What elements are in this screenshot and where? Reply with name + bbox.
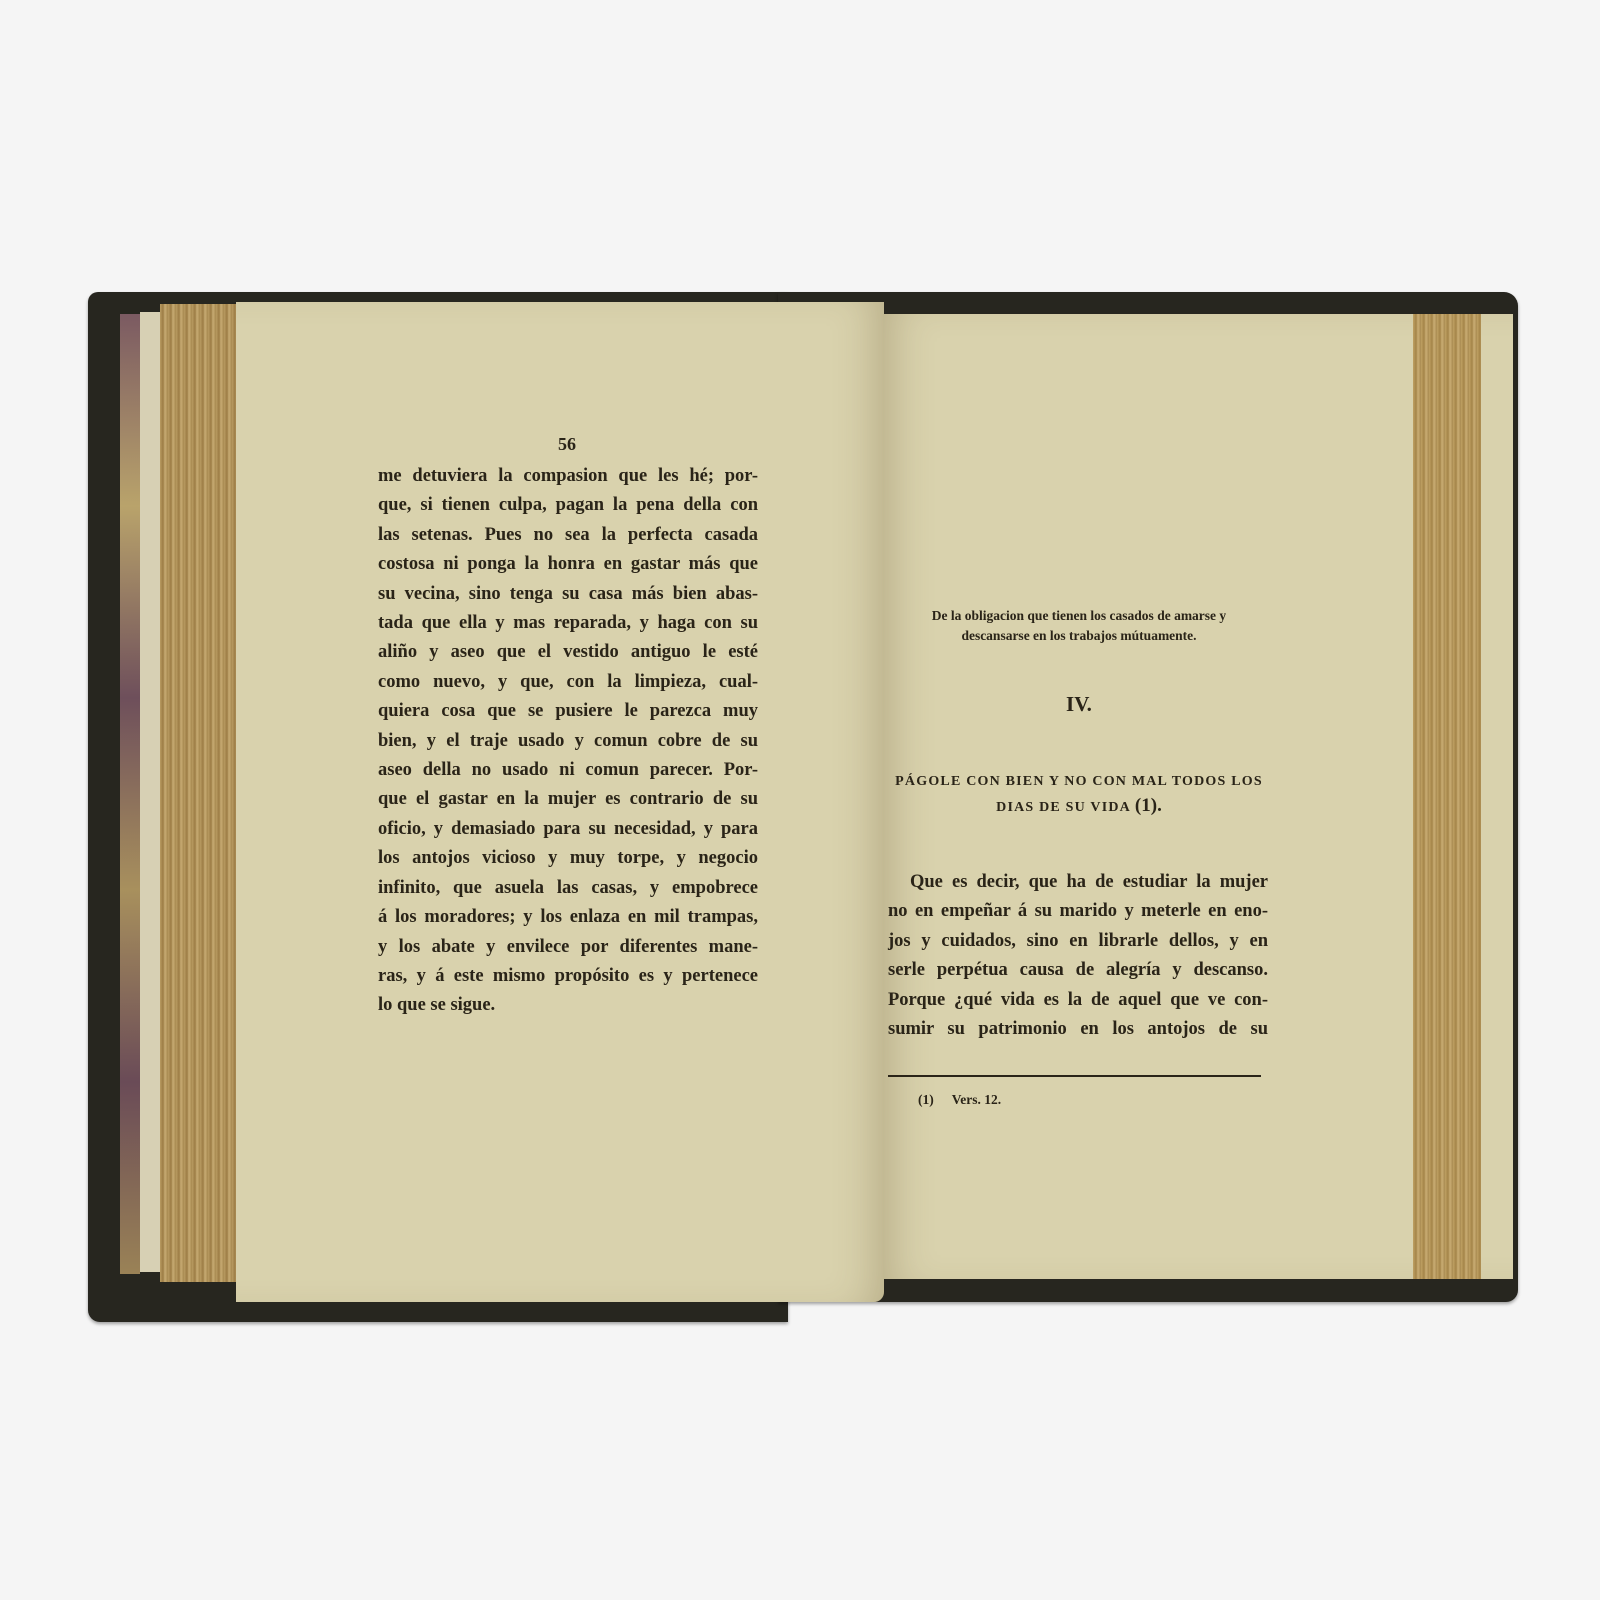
right-page-body: Que es decir, que ha de estudiar la muje… — [888, 868, 1268, 1044]
text-line: sumir su patrimonio en los antojos de su — [888, 1015, 1268, 1044]
text-line: aseo della no usado ni comun parecer. Po… — [378, 756, 758, 785]
text-line: á los moradores; y los enlaza en mil tra… — [378, 903, 758, 932]
open-book: 56 me detuviera la compasion que les hé;… — [88, 292, 1518, 1322]
section-heading: De la obligacion que tienen los casados … — [888, 606, 1270, 646]
section-heading-line: De la obligacion que tienen los casados … — [888, 606, 1270, 626]
text-line: Que es decir, que ha de estudiar la muje… — [888, 868, 1268, 897]
text-line: ras, y á este mismo propósito es y perte… — [378, 962, 758, 991]
text-line: infinito, que asuela las casas, y empobr… — [378, 874, 758, 903]
text-line: lo que se sigue. — [378, 991, 758, 1020]
text-line: no en empeñar á su marido y meterle en e… — [888, 897, 1268, 926]
text-line: las setenas. Pues no sea la perfecta cas… — [378, 521, 758, 550]
text-line: y los abate y envilece por diferentes ma… — [378, 933, 758, 962]
text-line: que el gastar en la mujer es contrario d… — [378, 785, 758, 814]
marbled-endpaper — [120, 314, 140, 1274]
page-edges-left — [160, 304, 246, 1282]
footnote-text: Vers. 12. — [952, 1092, 1001, 1107]
footnote-marker: (1) — [918, 1092, 934, 1107]
text-line: quiera cosa que se pusiere le parezca mu… — [378, 697, 758, 726]
text-line: tada que ella y mas reparada, y haga con… — [378, 609, 758, 638]
footnote-reference: (1). — [1135, 795, 1162, 816]
text-line: que, si tienen culpa, pagan la pena dell… — [378, 491, 758, 520]
verse-title: PÁGOLE CON BIEN Y NO CON MAL TODOS LOS D… — [888, 770, 1270, 820]
text-line: jos y cuidados, sino en librarle dellos,… — [888, 927, 1268, 956]
text-line: costosa ni ponga la honra en gastar más … — [378, 550, 758, 579]
page-edges-right — [1413, 314, 1481, 1279]
text-line: oficio, y demasiado para su necesidad, y… — [378, 815, 758, 844]
section-heading-line: descansarse en los trabajos mútuamente. — [888, 626, 1270, 646]
verse-title-line: PÁGOLE CON BIEN Y NO CON MAL TODOS LOS — [888, 770, 1270, 794]
text-line: los antojos vicioso y muy torpe, y negoc… — [378, 844, 758, 873]
page-number: 56 — [558, 434, 576, 455]
text-line: como nuevo, y que, con la limpieza, cual… — [378, 668, 758, 697]
text-line: me detuviera la compasion que les hé; po… — [378, 462, 758, 491]
footnote: (1)Vers. 12. — [918, 1092, 1019, 1108]
left-page-body: me detuviera la compasion que les hé; po… — [378, 462, 758, 1021]
text-line: aliño y aseo que el vestido antiguo le e… — [378, 638, 758, 667]
text-line: su vecina, sino tenga su casa más bien a… — [378, 580, 758, 609]
text-line: serle perpétua causa de alegría y descan… — [888, 956, 1268, 985]
verse-title-line: DIAS DE SU VIDA — [996, 800, 1130, 815]
chapter-number: IV. — [888, 692, 1270, 717]
footnote-divider — [888, 1075, 1261, 1077]
text-line: Porque ¿qué vida es la de aquel que ve c… — [888, 986, 1268, 1015]
text-line: bien, y el traje usado y comun cobre de … — [378, 727, 758, 756]
